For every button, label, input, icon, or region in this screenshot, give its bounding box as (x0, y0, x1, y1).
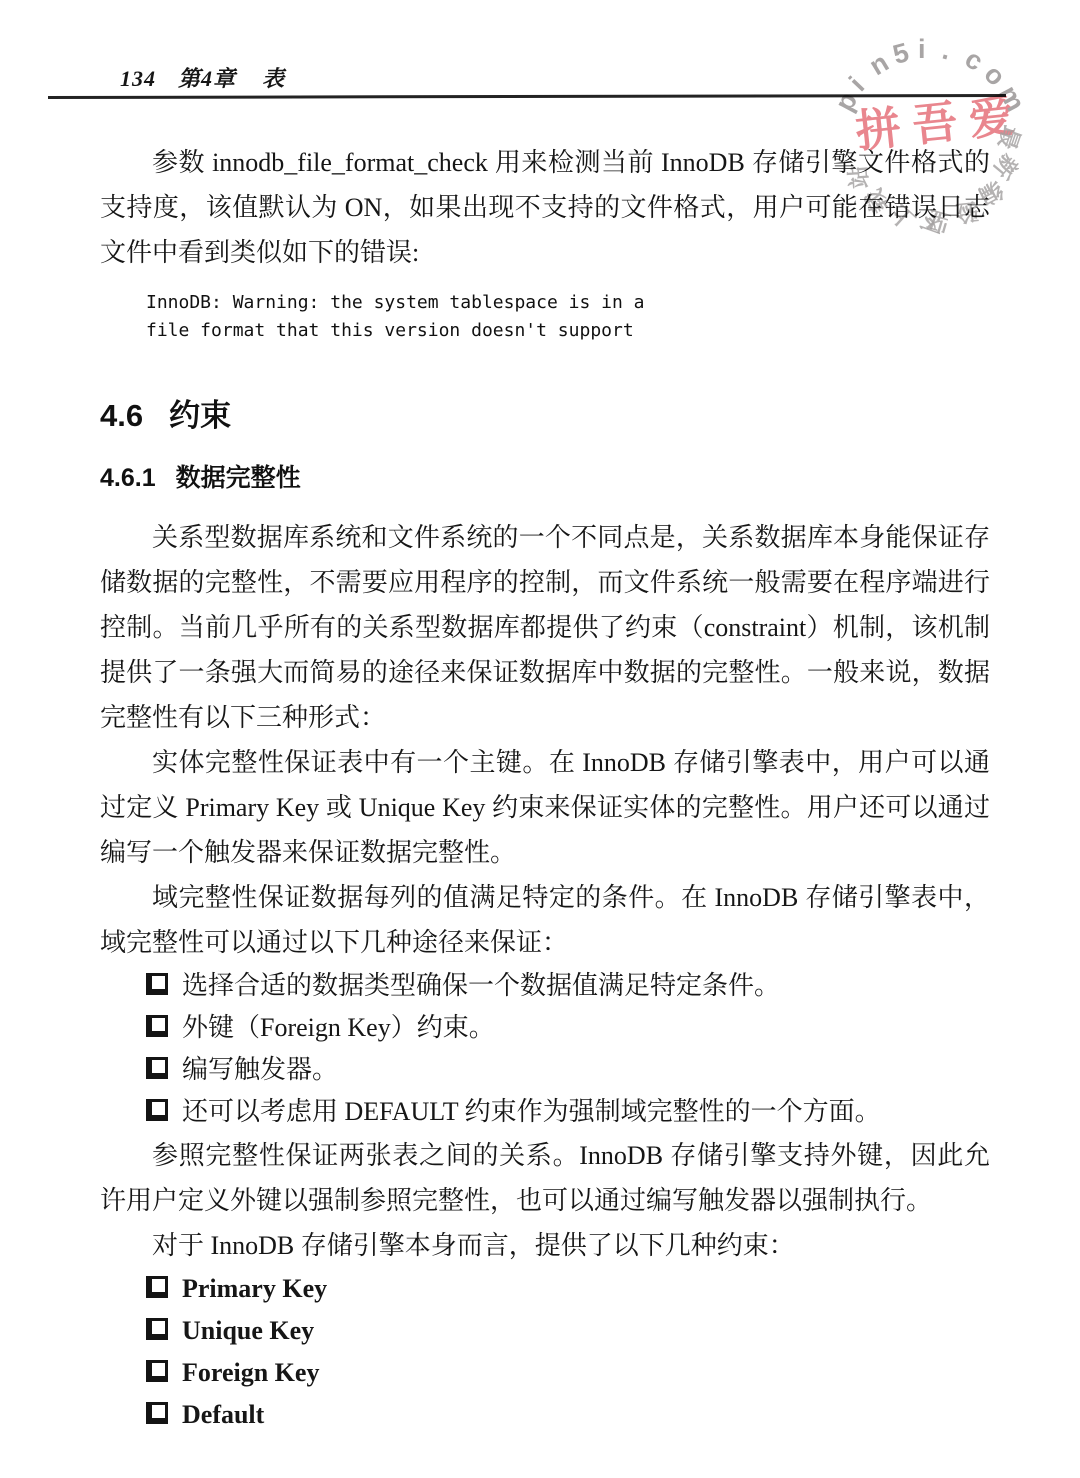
domain-integrity-paragraph: 域完整性保证数据每列的值满足特定的条件。在 InnoDB 存储引擎表中，域完整性… (100, 875, 990, 965)
watermark-ring-char: 最 (991, 122, 1030, 154)
list-item: 选择合适的数据类型确保一个数据值满足特定条件。 (146, 965, 990, 1007)
running-head: 134第4章表 (120, 62, 285, 93)
list-item-text: 编写触发器。 (182, 1055, 338, 1084)
subsection-heading: 4.6.1数据完整性 (100, 461, 990, 495)
square-bullet-icon (146, 1318, 168, 1340)
entity-integrity-paragraph: 实体完整性保证表中有一个主键。在 InnoDB 存储引擎表中，用户可以通过定义 … (100, 740, 990, 875)
intro-paragraph: 参数 innodb_file_format_check 用来检测当前 InnoD… (100, 140, 990, 275)
watermark-arc-char: 5 (890, 37, 913, 71)
watermark-arc-char: i (918, 34, 926, 65)
subsection-number: 4.6.1 (100, 464, 156, 492)
watermark-arc-char: n (864, 47, 894, 82)
square-bullet-icon (146, 1276, 168, 1298)
subsection-title: 数据完整性 (176, 464, 301, 492)
section-number: 4.6 (100, 398, 143, 433)
list-item-text: Default (182, 1400, 264, 1429)
innodb-constraints-paragraph: 对于 InnoDB 存储引擎本身而言，提供了以下几种约束： (100, 1223, 990, 1268)
list-item-text: Primary Key (182, 1274, 327, 1303)
square-bullet-icon (146, 1099, 168, 1121)
list-item: 还可以考虑用 DEFAULT 约束作为强制域完整性的一个方面。 (146, 1091, 990, 1133)
list-item-text: Foreign Key (182, 1358, 319, 1387)
list-item: Primary Key (146, 1268, 990, 1310)
watermark-arc-char: c (959, 43, 988, 77)
section-heading: 4.6约束 (100, 395, 990, 437)
section-title: 约束 (169, 398, 231, 433)
list-item: 编写触发器。 (146, 1049, 990, 1091)
square-bullet-icon (146, 1057, 168, 1079)
list-item: Unique Key (146, 1310, 990, 1352)
code-line: InnoDB: Warning: the system tablespace i… (146, 289, 990, 317)
square-bullet-icon (146, 1360, 168, 1382)
list-item-text: 还可以考虑用 DEFAULT 约束作为强制域完整性的一个方面。 (182, 1097, 881, 1126)
referential-integrity-paragraph: 参照完整性保证两张表之间的关系。InnoDB 存储引擎支持外键，因此允许用户定义… (100, 1133, 990, 1223)
watermark-arc-char: o (978, 59, 1012, 92)
square-bullet-icon (146, 1015, 168, 1037)
list-item: Default (146, 1394, 990, 1436)
chapter-label: 第4章 (178, 66, 236, 91)
square-bullet-icon (146, 973, 168, 995)
header-rule (48, 94, 1006, 99)
list-item-text: Unique Key (182, 1316, 314, 1345)
watermark-arc-char: p (829, 87, 864, 116)
error-log-code-block: InnoDB: Warning: the system tablespace i… (146, 289, 990, 345)
list-item-text: 外键（Foreign Key）约束。 (182, 1013, 495, 1042)
square-bullet-icon (146, 1402, 168, 1424)
page-content: 参数 innodb_file_format_check 用来检测当前 InnoD… (100, 140, 990, 1436)
list-item: 外键（Foreign Key）约束。 (146, 1007, 990, 1049)
code-line: file format that this version doesn't su… (146, 317, 990, 345)
constraint-types-list: Primary Key Unique Key Foreign Key Defau… (100, 1268, 990, 1436)
page-number: 134 (120, 66, 156, 91)
watermark-arc-char: m (992, 81, 1031, 117)
list-item-text: 选择合适的数据类型确保一个数据值满足特定条件。 (182, 971, 780, 1000)
integrity-paragraph: 关系型数据库系统和文件系统的一个不同点是，关系数据库本身能保证存储数据的完整性，… (100, 515, 990, 740)
watermark-arc-char: . (939, 35, 955, 67)
domain-integrity-list: 选择合适的数据类型确保一个数据值满足特定条件。 外键（Foreign Key）约… (100, 965, 990, 1133)
chapter-title: 表 (262, 66, 285, 91)
watermark-ring-char: 新 (987, 148, 1027, 187)
list-item: Foreign Key (146, 1352, 990, 1394)
